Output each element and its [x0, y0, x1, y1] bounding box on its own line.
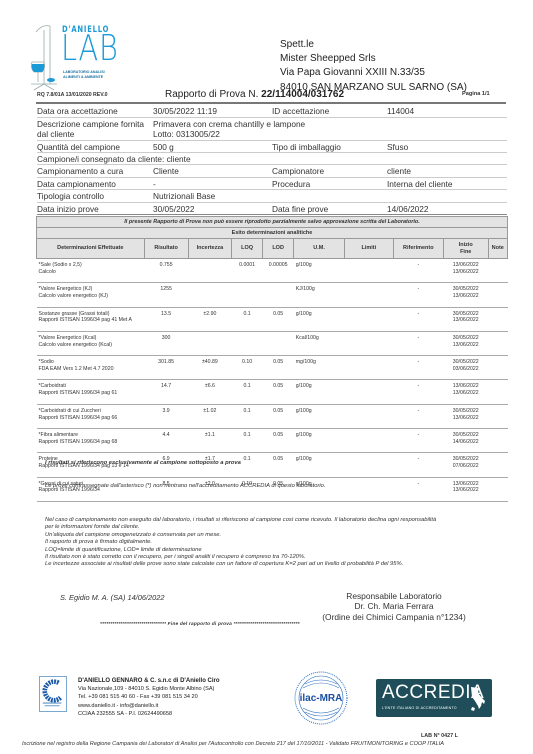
loq-value: 0.1: [243, 311, 250, 317]
start-date: 13/06/2022: [445, 481, 486, 488]
cell-dates: 30/05/202207/06/2022: [443, 453, 488, 477]
cell-limits: [344, 477, 393, 501]
cell-note: [488, 404, 507, 428]
unit-value: g/100g: [296, 408, 312, 414]
column-header: LOQ: [232, 239, 263, 259]
cell-lod: 0.05: [263, 404, 294, 428]
determination-name: *Carboidrati di cui Zuccheri: [39, 408, 143, 415]
cell-limits: [344, 307, 393, 331]
table-row: *Sale (Sodio x 2,5)Calcolo0.7550.00010.0…: [37, 259, 508, 283]
place-date: S. Egidio M. A. (SA) 14/06/2022: [60, 593, 164, 602]
info-value: 30/05/2022 11:19: [153, 106, 272, 117]
info-value: 30/05/2022: [153, 204, 272, 215]
cell-reference: -: [393, 429, 443, 453]
loq-value: 0.0001: [239, 262, 255, 268]
unit-value: g/100g: [296, 432, 312, 438]
cell-limits: [344, 283, 393, 307]
determination-method: Calcolo: [39, 269, 143, 276]
cell-loq: [232, 283, 263, 307]
cell-result: 1255: [144, 283, 188, 307]
cell-lod: 0.05: [263, 429, 294, 453]
cell-result: 13.5: [144, 307, 188, 331]
cell-determination: *Fibra alimentareRapporti ISTISAN 1996/3…: [37, 429, 145, 453]
info-value: Nutrizionali Base: [153, 191, 272, 202]
company-address: Via Nazionale,109 - 84010 S. Egidio Mont…: [78, 685, 220, 693]
info-label: Data campionamento: [37, 179, 153, 190]
cell-lod: 0.05: [263, 380, 294, 404]
svg-text:ilac-MRA: ilac-MRA: [300, 693, 343, 704]
lod-value: 0.05: [273, 408, 283, 414]
result-value: 3.9: [162, 408, 169, 414]
document-code: RQ 7.8/01A 13/01/2020 REV.0: [37, 92, 108, 98]
cell-note: [488, 259, 507, 283]
cell-determination: *SodioFDA EAM Vers 1.2 Met 4.7 2020: [37, 356, 145, 380]
info-value: -: [153, 179, 272, 190]
cell-determination: *Sale (Sodio x 2,5)Calcolo: [37, 259, 145, 283]
loq-value: 0.1: [243, 383, 250, 389]
company-name: D'ANIELLO GENNARO & C. s.n.c di D'Aniell…: [78, 677, 220, 685]
cell-uncertainty: [188, 331, 231, 355]
signature-role: Responsabile Laboratorio: [310, 591, 478, 601]
info-value: Cliente: [153, 166, 272, 177]
cell-loq: 0.1: [232, 380, 263, 404]
cell-note: [488, 331, 507, 355]
accredia-subtitle: L'ENTE ITALIANO DI ACCREDITAMENTO: [382, 706, 457, 710]
cell-result: 14.7: [144, 380, 188, 404]
lod-value: 0.05: [273, 456, 283, 462]
column-header: Inizio Fine: [443, 239, 488, 259]
end-date: 13/06/2022: [445, 317, 486, 324]
info-value: 500 g: [153, 142, 272, 153]
info-label: Tipologia controllo: [37, 191, 153, 202]
cell-loq: 0.10: [232, 356, 263, 380]
lab-logo: D'ANIELLO LAB LABORATORIO ANALISI ALIMEN…: [26, 22, 106, 92]
start-date: 30/05/2022: [445, 286, 486, 293]
signature-block: Responsabile Laboratorio Dr. Ch. Maria F…: [310, 591, 478, 622]
unit-value: g/100g: [296, 262, 312, 268]
uncertainty-value: ±1.02: [203, 408, 216, 414]
determination-name: *Sodio: [39, 359, 143, 366]
cell-loq: 0.1: [232, 404, 263, 428]
cell-note: [488, 453, 507, 477]
lab-glassware-icon: [26, 22, 60, 92]
end-date: 13/06/2022: [445, 487, 486, 494]
determination-method: FDA EAM Vers 1.2 Met 4.7 2020: [39, 366, 143, 373]
info-row: Descrizione campione fornita dal cliente…: [37, 118, 507, 141]
cell-loq: 0.1: [232, 429, 263, 453]
report-title: Rapporto di Prova N. 22/114004/031762: [165, 89, 344, 100]
unit-value: KJ/100g: [296, 286, 315, 292]
reference-value: -: [417, 481, 419, 487]
table-row: *CarboidratiRapporti ISTISAN 1996/34 pag…: [37, 380, 508, 404]
table-row: *Valore Energetico (Kcal)Calcolo valore …: [37, 331, 508, 355]
lab-number: LAB N° 0427 L: [421, 733, 458, 739]
brand-sub-line: ALIMENTI & AMBIENTE: [63, 75, 105, 80]
info-value: Campione/i consegnato da cliente: client…: [37, 154, 507, 164]
table-row: *Fibra alimentareRapporti ISTISAN 1996/3…: [37, 429, 508, 453]
determination-method: Rapporti ISTISAN 1996/34 pag 41 Met A: [39, 317, 143, 324]
cell-reference: -: [393, 356, 443, 380]
reference-value: -: [417, 262, 419, 268]
note-line: per le informazioni fornite dal cliente.: [45, 524, 505, 531]
cell-limits: [344, 429, 393, 453]
info-label: Data fine prove: [272, 204, 387, 215]
signature-name: Dr. Ch. Maria Ferrara: [310, 601, 478, 611]
cell-result: 301.85: [144, 356, 188, 380]
start-date: 30/05/2022: [445, 456, 486, 463]
cell-note: [488, 283, 507, 307]
unit-value: g/100g: [296, 383, 312, 389]
cell-dates: 30/05/202214/06/2022: [443, 429, 488, 453]
info-row: Data inizio prove 30/05/2022 Data fine p…: [37, 203, 507, 216]
start-date: 30/05/2022: [445, 359, 486, 366]
cell-unit: Kcal/100g: [294, 331, 345, 355]
determination-method: Rapporti ISTISAN 1996/34 pag 66: [39, 415, 143, 422]
cell-note: [488, 356, 507, 380]
info-row: Campione/i consegnato da cliente: client…: [37, 153, 507, 165]
column-header: Determinazioni Effettuate: [37, 239, 145, 259]
cell-uncertainty: [188, 283, 231, 307]
cell-result: 4.4: [144, 429, 188, 453]
cell-unit: g/100g: [294, 429, 345, 453]
info-value: Interna del cliente: [387, 179, 507, 190]
unit-value: g/100g: [296, 311, 312, 317]
end-date: 07/06/2022: [445, 463, 486, 470]
table-row: *SodioFDA EAM Vers 1.2 Met 4.7 2020301.8…: [37, 356, 508, 380]
cell-determination: *CarboidratiRapporti ISTISAN 1996/34 pag…: [37, 380, 145, 404]
cell-reference: -: [393, 307, 443, 331]
registry-text: Iscrizione nel registro della Regione Ca…: [22, 741, 444, 747]
cell-unit: mg/100g: [294, 356, 345, 380]
disclaimer-banner: Il presente Rapporto di Prova non può es…: [37, 217, 508, 228]
cell-dates: 30/05/202213/06/2022: [443, 307, 488, 331]
notes-block: Nel caso di campionamento non eseguito d…: [45, 517, 505, 569]
cell-limits: [344, 380, 393, 404]
info-label: Tipo di imballaggio: [272, 142, 387, 153]
cell-unit: g/100g: [294, 380, 345, 404]
recipient-name: Mister Sheepped Srls: [280, 52, 467, 66]
end-date: 13/06/2022: [445, 293, 486, 300]
reference-value: -: [417, 311, 419, 317]
info-label: Quantità del campione: [37, 142, 153, 153]
info-row: Campionamento a cura Cliente Campionator…: [37, 165, 507, 178]
cell-limits: [344, 259, 393, 283]
signature-registry: (Ordine dei Chimici Campania n°1234): [310, 612, 478, 622]
column-header: Incertezza: [188, 239, 231, 259]
italy-map-icon: [468, 685, 486, 713]
start-date: 30/05/2022: [445, 311, 486, 318]
recipient-street: Via Papa Giovanni XXIII N.33/35: [280, 66, 467, 80]
start-date: 13/06/2022: [445, 262, 486, 269]
column-header: Riferimento: [393, 239, 443, 259]
result-value: 13.5: [161, 311, 171, 317]
cell-dates: 13/06/202213/06/2022: [443, 259, 488, 283]
lod-value: 0.00005: [269, 262, 288, 268]
table-row: Sostanze grasse (Grassi totali)Rapporti …: [37, 307, 508, 331]
note-line: Le incertezze associate ai risultati del…: [45, 561, 505, 568]
cell-reference: -: [393, 259, 443, 283]
ilac-mra-logo: ilac-MRA: [293, 670, 349, 726]
company-registration: CCIAA 232555 SA - P.I. 02624490658: [78, 710, 220, 718]
column-header: LOD: [263, 239, 294, 259]
info-label: Campionamento a cura: [37, 166, 153, 177]
cell-reference: -: [393, 477, 443, 501]
note-line: Nel caso di campionamento non eseguito d…: [45, 517, 505, 524]
cell-loq: [232, 331, 263, 355]
cell-determination: Sostanze grasse (Grassi totali)Rapporti …: [37, 307, 145, 331]
end-date: 13/06/2022: [445, 342, 486, 349]
reference-value: -: [417, 286, 419, 292]
loq-value: 0.1: [243, 408, 250, 414]
determination-method: Calcolo valore energetico (Kcal): [39, 342, 143, 349]
info-row: Quantità del campione 500 g Tipo di imba…: [37, 141, 507, 154]
cell-lod: [263, 331, 294, 355]
cell-result: 3.9: [144, 404, 188, 428]
note-line: Il risultato non è stato corretto con il…: [45, 554, 505, 561]
page-number: Pagina 1/1: [462, 91, 490, 97]
recipient-address: Spett.le Mister Sheepped Srls Via Papa G…: [280, 38, 467, 95]
lod-value: 0.05: [273, 432, 283, 438]
sample-description: Primavera con crema chantilly e lampone: [153, 119, 507, 130]
info-row: Tipologia controllo Nutrizionali Base: [37, 190, 507, 203]
info-label: Data ora accettazione: [37, 106, 153, 117]
determination-method: Rapporti ISTISAN 1996/34 pag 68: [39, 439, 143, 446]
certification-icon: [40, 677, 66, 711]
cell-limits: [344, 404, 393, 428]
end-of-report: ******************************** Fine de…: [100, 622, 300, 627]
accredia-logo: ACCREDIA L'ENTE ITALIANO DI ACCREDITAMEN…: [376, 679, 492, 717]
start-date: 13/06/2022: [445, 383, 486, 390]
result-value: 4.4: [162, 432, 169, 438]
info-value: Primavera con crema chantilly e lampone …: [153, 119, 507, 140]
cell-lod: 0.05: [263, 307, 294, 331]
uncertainty-value: ±40.89: [202, 359, 218, 365]
result-value: 0.755: [160, 262, 173, 268]
note-line: Un'aliquota del campione omogeneizzato è…: [45, 532, 505, 539]
cell-lod: 0.05: [263, 453, 294, 477]
cell-uncertainty: ±1.02: [188, 404, 231, 428]
column-header: Note: [488, 239, 507, 259]
table-row: *Carboidrati di cui ZuccheriRapporti IST…: [37, 404, 508, 428]
brand-sub: LABORATORIO ANALISI ALIMENTI & AMBIENTE: [63, 70, 105, 80]
loq-value: 0.1: [243, 456, 250, 462]
result-value: 1255: [160, 286, 172, 292]
cell-uncertainty: ±1.1: [188, 429, 231, 453]
cell-unit: g/100g: [294, 259, 345, 283]
cell-uncertainty: [188, 259, 231, 283]
determination-name: Sostanze grasse (Grassi totali): [39, 311, 143, 318]
brand-main: LAB: [61, 31, 119, 67]
column-header-start: Inizio: [444, 242, 488, 249]
reference-value: -: [417, 335, 419, 341]
lod-value: 0.05: [273, 311, 283, 317]
determination-name: *Sale (Sodio x 2,5): [39, 262, 143, 269]
cell-dates: 13/06/202213/06/2022: [443, 477, 488, 501]
cell-note: [488, 380, 507, 404]
info-label: Procedura: [272, 179, 387, 190]
uncertainty-value: ±1.1: [205, 432, 215, 438]
company-web: www.daniello.it - info@daniello.it: [78, 702, 220, 710]
cell-dates: 30/05/202203/06/2022: [443, 356, 488, 380]
unit-value: Kcal/100g: [296, 335, 319, 341]
end-date: 03/06/2022: [445, 366, 486, 373]
column-header: Limiti: [344, 239, 393, 259]
info-label: ID accettazione: [272, 106, 387, 117]
company-info: D'ANIELLO GENNARO & C. s.n.c di D'Aniell…: [78, 677, 220, 718]
report-number: 22/114004/031762: [261, 89, 344, 100]
cell-determination: *Carboidrati di cui ZuccheriRapporti IST…: [37, 404, 145, 428]
info-value: 114004: [387, 106, 507, 117]
reference-value: -: [417, 383, 419, 389]
info-row: Data ora accettazione 30/05/2022 11:19 I…: [37, 105, 507, 118]
cell-uncertainty: ±2.90: [188, 307, 231, 331]
cell-limits: [344, 356, 393, 380]
start-date: 30/05/2022: [445, 432, 486, 439]
section-title: Esito determinazioni analitiche: [37, 228, 508, 239]
cell-reference: -: [393, 283, 443, 307]
cell-limits: [344, 453, 393, 477]
cell-loq: 0.0001: [232, 259, 263, 283]
start-date: 30/05/2022: [445, 408, 486, 415]
cell-reference: -: [393, 380, 443, 404]
cell-unit: g/100g: [294, 307, 345, 331]
cell-dates: 30/05/202213/06/2022: [443, 404, 488, 428]
cell-unit: KJ/100g: [294, 283, 345, 307]
note-line: LOQ=limite di quantificazione, LOD= limi…: [45, 547, 505, 554]
info-label: Data inizio prove: [37, 204, 153, 215]
asterisk-note: Le prove contrassegnate dall'asterisco (…: [45, 483, 326, 490]
uncertainty-value: ±2.90: [203, 311, 216, 317]
table-row: *Valore Energetico (KJ)Calcolo valore en…: [37, 283, 508, 307]
end-date: 13/06/2022: [445, 390, 486, 397]
determination-name: *Valore Energetico (Kcal): [39, 335, 143, 342]
info-row: Data campionamento - Procedura Interna d…: [37, 178, 507, 191]
info-label: Campionatore: [272, 166, 387, 177]
sample-lot: Lotto: 0313005/22: [153, 129, 507, 140]
cell-lod: [263, 283, 294, 307]
determination-method: Rapporti ISTISAN 1996/34 pag 61: [39, 390, 143, 397]
cell-dates: 30/05/202213/06/2022: [443, 331, 488, 355]
lod-value: 0.05: [273, 383, 283, 389]
cell-note: [488, 307, 507, 331]
cell-lod: 0.00005: [263, 259, 294, 283]
sample-info: Data ora accettazione 30/05/2022 11:19 I…: [37, 105, 507, 215]
report-title-prefix: Rapporto di Prova N.: [165, 89, 258, 100]
reference-value: -: [417, 408, 419, 414]
determination-name: *Carboidrati: [39, 383, 143, 390]
cell-uncertainty: ±6.6: [188, 380, 231, 404]
unit-value: g/100g: [296, 456, 312, 462]
end-date: 14/06/2022: [445, 439, 486, 446]
cell-determination: *Valore Energetico (Kcal)Calcolo valore …: [37, 331, 145, 355]
cell-reference: -: [393, 331, 443, 355]
divider: [36, 102, 506, 104]
cell-lod: 0.05: [263, 356, 294, 380]
cell-loq: 0.1: [232, 307, 263, 331]
column-header: Risultato: [144, 239, 188, 259]
unit-value: mg/100g: [296, 359, 316, 365]
reference-value: -: [417, 359, 419, 365]
cell-limits: [344, 331, 393, 355]
info-value: Sfuso: [387, 142, 507, 153]
column-header: U.M.: [294, 239, 345, 259]
loq-value: 0.1: [243, 432, 250, 438]
cell-note: [488, 429, 507, 453]
reference-value: -: [417, 456, 419, 462]
determination-name: *Valore Energetico (KJ): [39, 286, 143, 293]
determination-name: *Fibra alimentare: [39, 432, 143, 439]
column-header-end: Fine: [444, 249, 488, 256]
cell-unit: g/100g: [294, 453, 345, 477]
note-line: Il rapporto di prova è firmato digitalme…: [45, 539, 505, 546]
certification-logo: [39, 676, 67, 712]
result-value: 301.85: [158, 359, 174, 365]
cell-result: 300: [144, 331, 188, 355]
start-date: 30/05/2022: [445, 335, 486, 342]
cell-reference: -: [393, 453, 443, 477]
info-value: cliente: [387, 166, 507, 177]
cell-reference: -: [393, 404, 443, 428]
recipient-salutation: Spett.le: [280, 38, 467, 52]
uncertainty-value: ±6.6: [205, 383, 215, 389]
info-value: 14/06/2022: [387, 204, 507, 215]
info-label: Descrizione campione fornita dal cliente: [37, 119, 153, 140]
cell-result: 0.755: [144, 259, 188, 283]
cell-determination: *Valore Energetico (KJ)Calcolo valore en…: [37, 283, 145, 307]
scope-note: I risultati si riferiscono esclusivament…: [45, 460, 241, 467]
determination-method: Calcolo valore energetico (KJ): [39, 293, 143, 300]
reference-value: -: [417, 432, 419, 438]
cell-note: [488, 477, 507, 501]
end-date: 13/06/2022: [445, 415, 486, 422]
company-phone: Tel. +39 081 515 40 60 - Fax +39 081 515…: [78, 693, 220, 701]
loq-value: 0.10: [242, 359, 252, 365]
lod-value: 0.05: [273, 359, 283, 365]
ilac-mra-icon: ilac-MRA: [293, 670, 349, 726]
result-value: 14.7: [161, 383, 171, 389]
cell-unit: g/100g: [294, 404, 345, 428]
cell-uncertainty: ±40.89: [188, 356, 231, 380]
cell-dates: 30/05/202213/06/2022: [443, 283, 488, 307]
end-date: 13/06/2022: [445, 269, 486, 276]
result-value: 300: [162, 335, 171, 341]
cell-dates: 13/06/202213/06/2022: [443, 380, 488, 404]
